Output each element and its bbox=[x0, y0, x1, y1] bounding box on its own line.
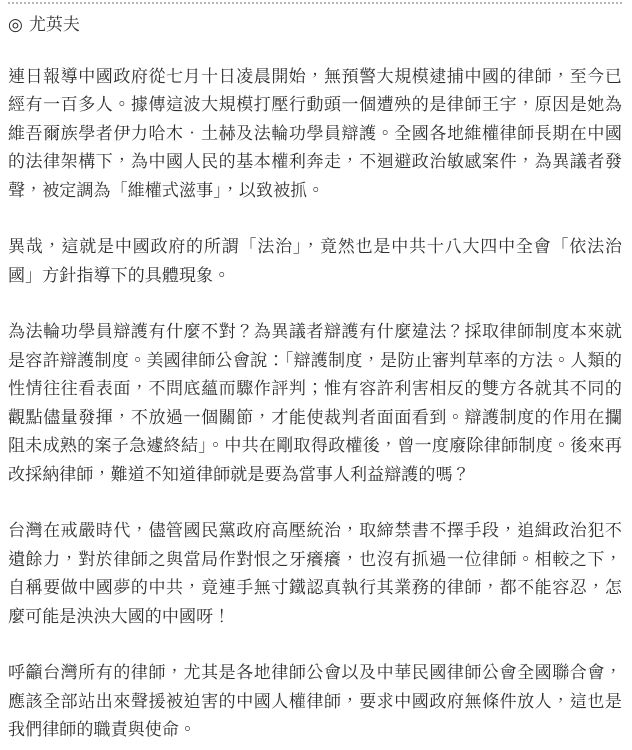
top-divider bbox=[8, 2, 622, 4]
article-page: ◎尤英夫 連日報導中國政府從七月十日凌晨開始，無預警大規模逮捕中國的律師，至今已… bbox=[0, 2, 632, 745]
paragraph-3: 為法輪功學員辯護有什麼不對？為異議者辯護有什麼違法？採取律師制度本來就是容許辯護… bbox=[8, 318, 622, 489]
paragraph-4: 台灣在戒嚴時代，儘管國民黨政府高壓統治，取締禁書不擇手段，追緝政治犯不遺餘力，對… bbox=[8, 517, 622, 631]
paragraph-2: 異哉，這就是中國政府的所謂「法治」，竟然也是中共十八大四中全會「依法治國」方針指… bbox=[8, 233, 622, 290]
author-name: 尤英夫 bbox=[29, 15, 80, 34]
article-body: 連日報導中國政府從七月十日凌晨開始，無預警大規模逮捕中國的律師，至今已經有一百多… bbox=[8, 63, 622, 745]
paragraph-5: 呼籲台灣所有的律師，尤其是各地律師公會以及中華民國律師公會全國聯合會，應該全部站… bbox=[8, 659, 622, 745]
bullet-icon: ◎ bbox=[8, 11, 23, 40]
paragraph-1: 連日報導中國政府從七月十日凌晨開始，無預警大規模逮捕中國的律師，至今已經有一百多… bbox=[8, 63, 622, 206]
author-line: ◎尤英夫 bbox=[8, 11, 622, 40]
